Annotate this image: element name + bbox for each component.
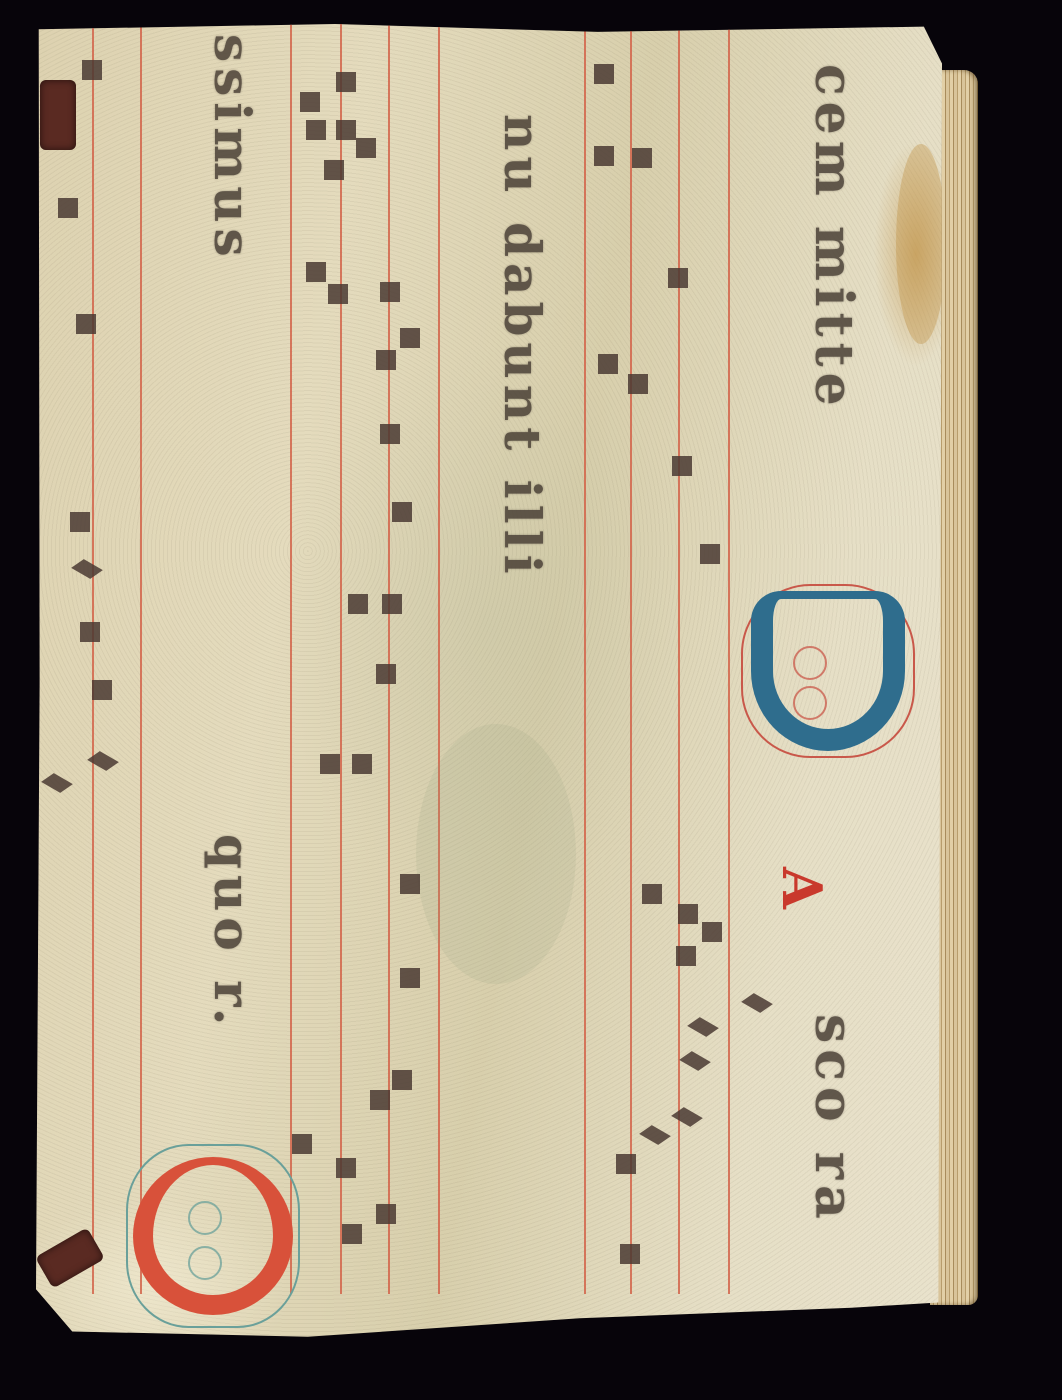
staff-line [438,24,440,1294]
neume [380,282,400,302]
neume [336,120,356,140]
initial-letter-bowl [133,1157,293,1315]
water-stain [896,144,946,344]
leather-tab [35,1227,105,1288]
neume [70,512,90,532]
neume [380,424,400,444]
neume [76,314,96,334]
neume [328,284,348,304]
neume [342,1224,362,1244]
neume [92,680,112,700]
neume [392,502,412,522]
neume [376,350,396,370]
gothic-text-line: cem mitte [803,64,864,412]
neume [687,1017,719,1037]
neume [679,1051,711,1071]
staff-line [630,24,632,1294]
penwork-swirl [188,1201,222,1235]
neume [370,1090,390,1110]
neume [336,1158,356,1178]
neume [594,146,614,166]
gothic-text-line: sco ra [803,1014,864,1225]
neume [348,594,368,614]
neume [376,1204,396,1224]
gothic-text-line: nu dabunt illi [493,114,552,580]
manuscript-photo: cem mitte sco ra nu dabunt illi ssimus q… [0,0,1062,1400]
neume [668,268,688,288]
neume [58,198,78,218]
staff-line [290,24,292,1294]
neume [594,64,614,84]
neume [741,993,773,1013]
neume [639,1125,671,1145]
neume [628,374,648,394]
neume [41,773,73,793]
neume [352,754,372,774]
neume [382,594,402,614]
staff-line [340,24,342,1294]
neume [676,946,696,966]
neume [292,1134,312,1154]
staff-line [584,24,586,1294]
neume [392,1070,412,1090]
neume [632,148,652,168]
neume [616,1154,636,1174]
neume [620,1244,640,1264]
neume [642,884,662,904]
neume [356,138,376,158]
neume [306,120,326,140]
staff-line [92,24,94,1294]
penwork-swirl [793,646,827,680]
penwork-swirl [793,686,827,720]
neume [700,544,720,564]
staff-line [140,24,142,1294]
leather-tab [40,80,76,150]
initial-letter-bowl [751,591,905,751]
staff-line [678,24,680,1294]
neume [80,622,100,642]
penwork-swirl [188,1246,222,1280]
neume [400,874,420,894]
neume [320,754,340,774]
gothic-text-line: quo r. [203,834,262,1031]
neume [306,262,326,282]
neume [672,456,692,476]
gothic-text-line: ssimus [203,34,262,263]
blue-decorated-initial [741,584,915,758]
neume [678,904,698,924]
red-rubric-letter: A [770,867,834,909]
neume [324,160,344,180]
parchment-cover: cem mitte sco ra nu dabunt illi ssimus q… [36,24,942,1342]
neume [400,968,420,988]
neume [702,922,722,942]
neume [71,559,103,579]
neume [376,664,396,684]
neume [336,72,356,92]
neume [82,60,102,80]
neume [671,1107,703,1127]
surface-discoloration [416,724,576,984]
neume [598,354,618,374]
staff-line [728,24,730,1294]
red-decorated-initial [126,1144,300,1328]
neume [300,92,320,112]
neume [400,328,420,348]
